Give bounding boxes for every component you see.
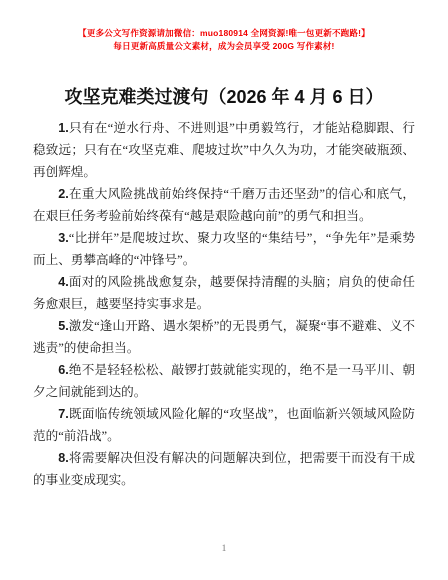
paragraph-7: 7.既面临传统领域风险化解的“攻坚战”，也面临新兴领域风险防范的“前沿战”。 [33,403,415,447]
paragraph-2-text: 在重大风险挑战前始终保持“千磨万击还坚劲”的信心和底气，在艰巨任务考验前始终葆有… [33,187,415,223]
paragraph-7-text: 既面临传统领域风险化解的“攻坚战”，也面临新兴领域风险防范的“前沿战”。 [33,407,415,443]
paragraph-2-number: 2. [58,187,69,201]
paragraph-8-number: 8. [58,451,69,465]
paragraph-5: 5.激发“逢山开路、遇水架桥”的无畏勇气，凝聚“事不避难、义不逃责”的使命担当。 [33,315,415,359]
paragraph-6: 6.绝不是轻轻松松、敲锣打鼓就能实现的，绝不是一马平川、朝夕之间就能到达的。 [33,359,415,403]
page-number: 1 [0,544,448,554]
paragraph-7-number: 7. [58,407,69,421]
paragraph-4-text: 面对的风险挑战愈复杂，越要保持清醒的头脑；肩负的使命任务愈艰巨，越要坚持实事求是… [33,275,415,311]
paragraph-1-number: 1. [58,121,69,135]
promo-line-1: 【更多公文写作资源请加微信：muo180914 全网资源!唯一包更新不跑路!】 [33,27,415,40]
paragraph-8: 8.将需要解决但没有解决的问题解决到位，把需要干而没有干成的事业变成现实。 [33,447,415,491]
paragraph-1-text: 只有在“逆水行舟、不进则退”中勇毅笃行，才能站稳脚跟、行稳致远；只有在“攻坚克难… [33,121,415,179]
paragraph-3-text: “比拼年”是爬坡过坎、聚力攻坚的“集结号”，“争先年”是乘势而上、勇攀高峰的“冲… [33,231,415,267]
paragraph-5-number: 5. [58,319,69,333]
document-body: 1.只有在“逆水行舟、不进则退”中勇毅笃行，才能站稳脚跟、行稳致远；只有在“攻坚… [33,117,415,491]
paragraph-4: 4.面对的风险挑战愈复杂，越要保持清醒的头脑；肩负的使命任务愈艰巨，越要坚持实事… [33,271,415,315]
promo-header: 【更多公文写作资源请加微信：muo180914 全网资源!唯一包更新不跑路!】 … [33,27,415,53]
document-title: 攻坚克难类过渡句（2026 年 4 月 6 日） [33,86,415,108]
promo-line-2: 每日更新高质量公文素材，成为会员享受 200G 写作素材! [33,40,415,53]
paragraph-1: 1.只有在“逆水行舟、不进则退”中勇毅笃行，才能站稳脚跟、行稳致远；只有在“攻坚… [33,117,415,183]
paragraph-3: 3.“比拼年”是爬坡过坎、聚力攻坚的“集结号”，“争先年”是乘势而上、勇攀高峰的… [33,227,415,271]
paragraph-6-text: 绝不是轻轻松松、敲锣打鼓就能实现的，绝不是一马平川、朝夕之间就能到达的。 [33,363,415,399]
paragraph-5-text: 激发“逢山开路、遇水架桥”的无畏勇气，凝聚“事不避难、义不逃责”的使命担当。 [33,319,415,355]
paragraph-8-text: 将需要解决但没有解决的问题解决到位，把需要干而没有干成的事业变成现实。 [33,451,415,487]
paragraph-3-number: 3. [58,231,69,245]
document-page: 【更多公文写作资源请加微信：muo180914 全网资源!唯一包更新不跑路!】 … [0,0,448,580]
paragraph-6-number: 6. [58,363,69,377]
paragraph-2: 2.在重大风险挑战前始终保持“千磨万击还坚劲”的信心和底气，在艰巨任务考验前始终… [33,183,415,227]
paragraph-4-number: 4. [58,275,69,289]
